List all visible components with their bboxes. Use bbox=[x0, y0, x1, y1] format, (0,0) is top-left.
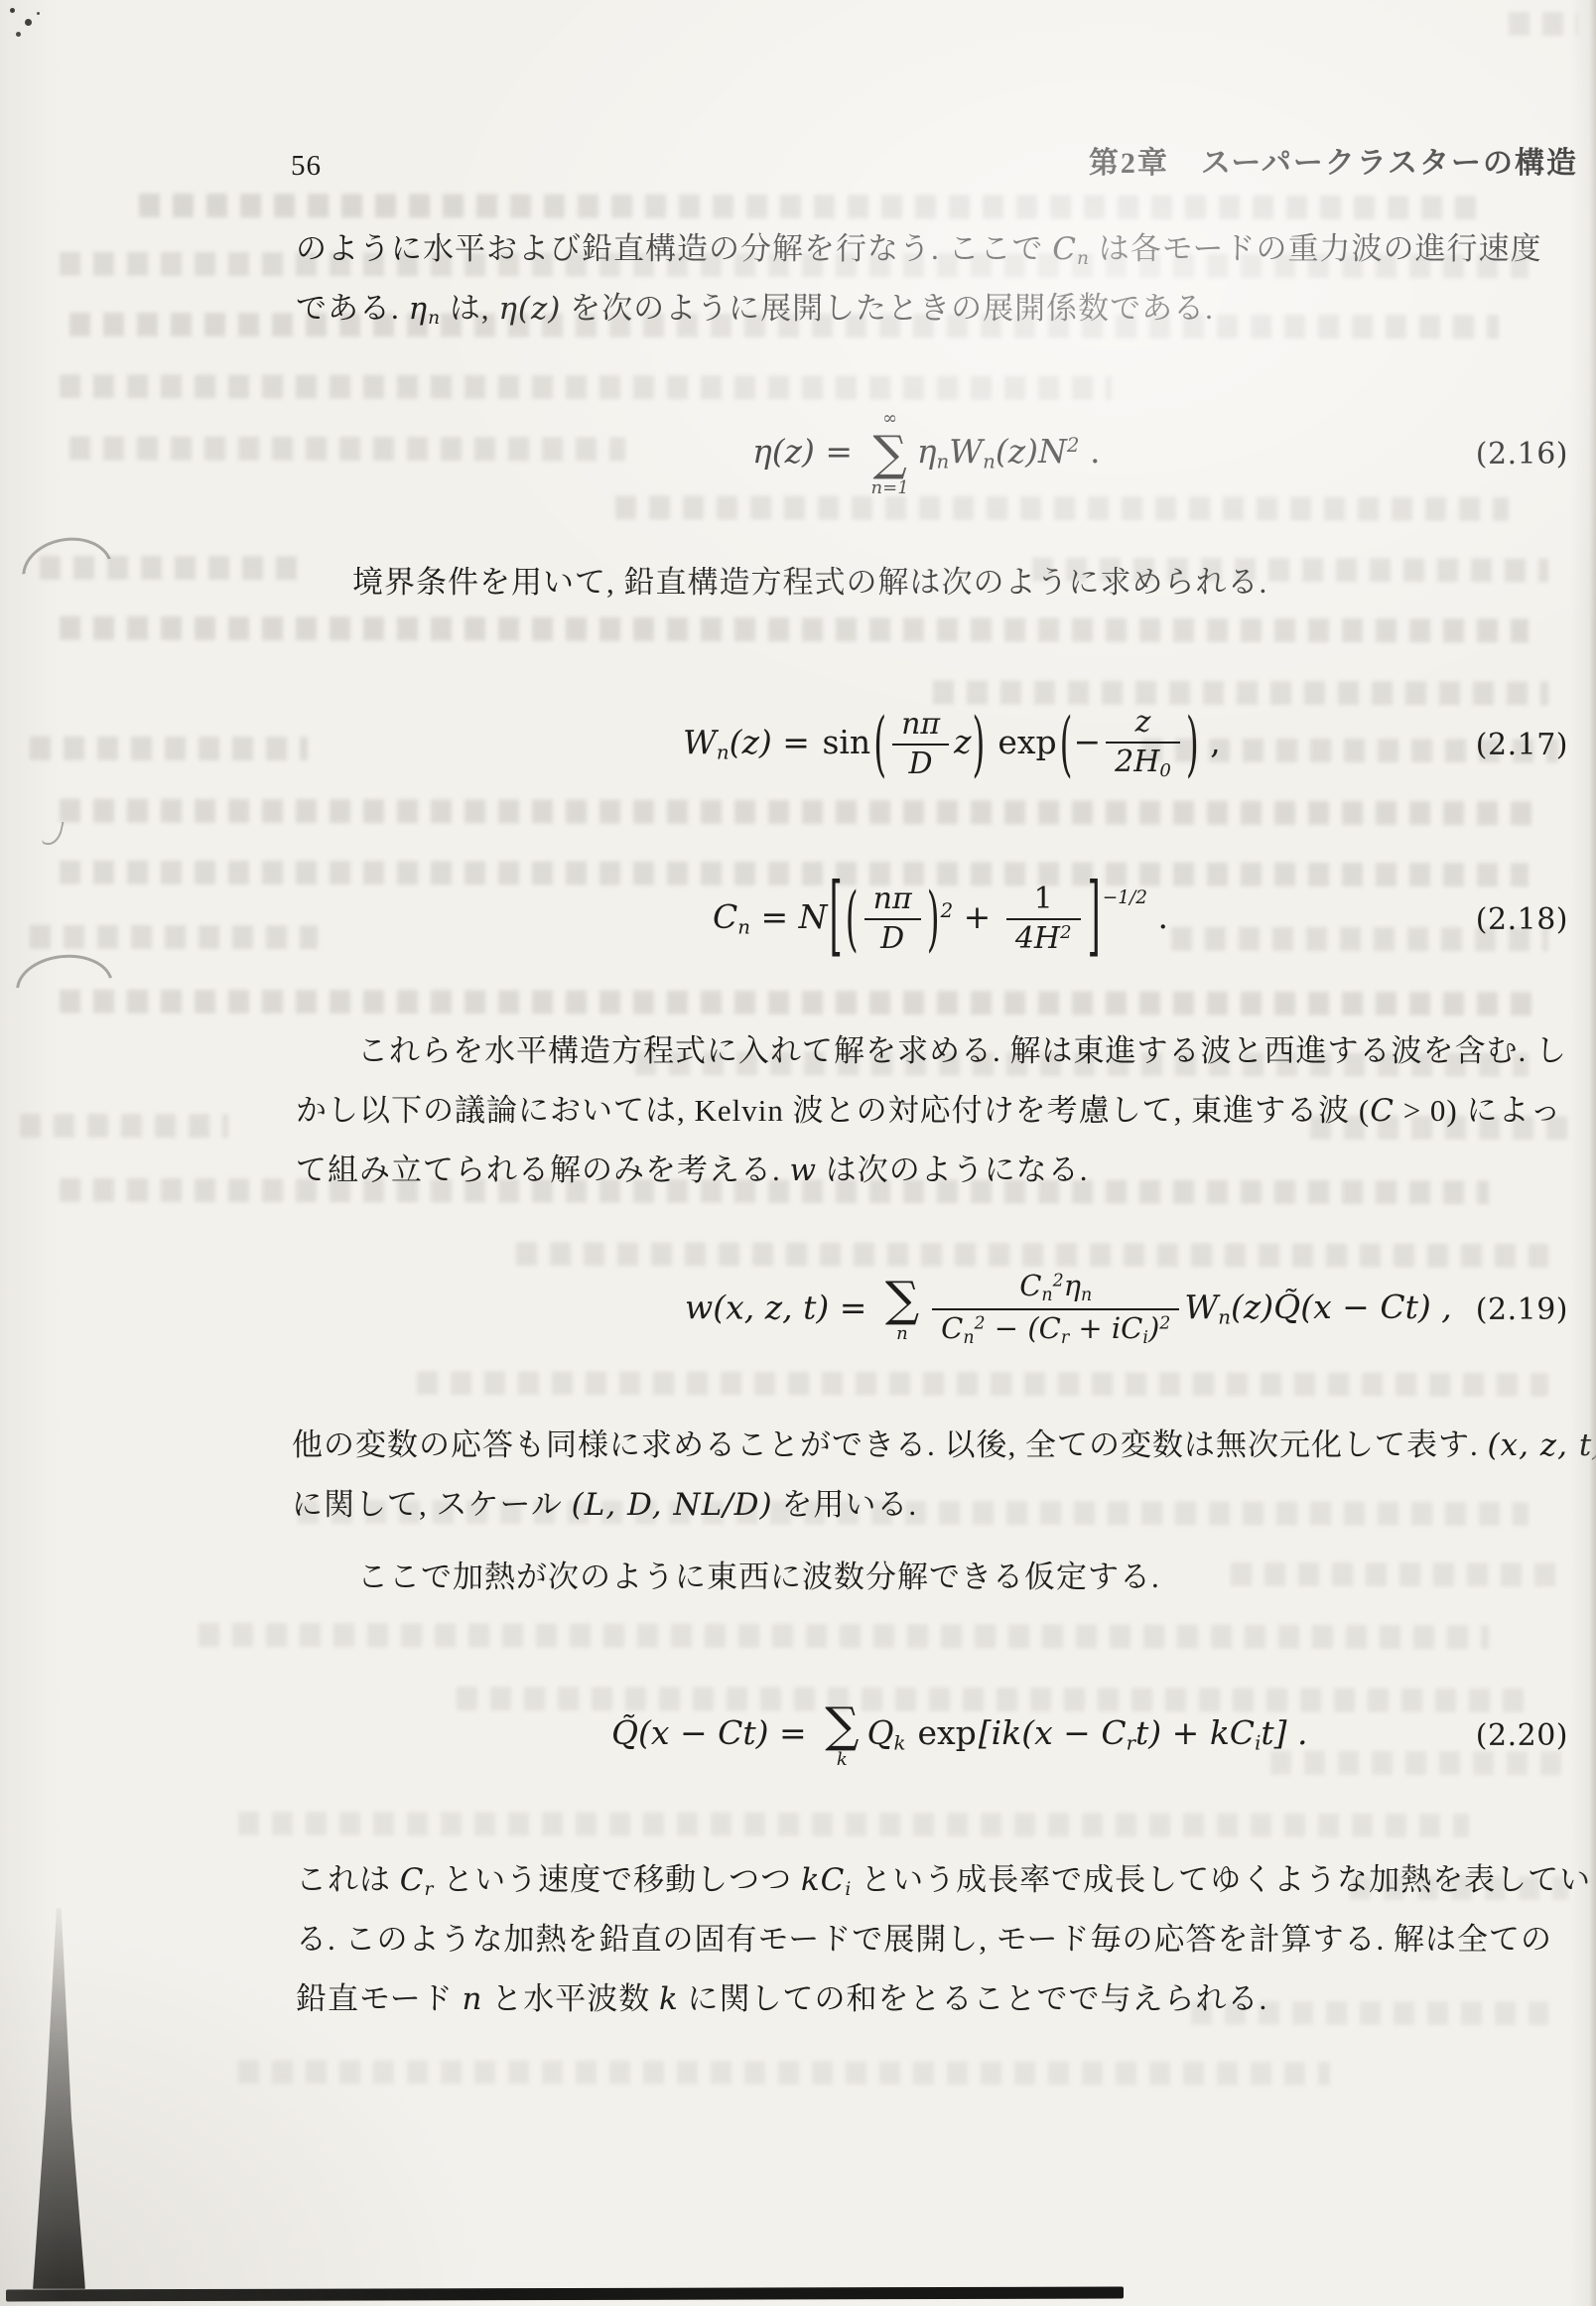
chapter-header: 第2章 スーパークラスターの構造 bbox=[1089, 145, 1578, 183]
math-token: w(x, z, t) = bbox=[685, 1288, 877, 1326]
paragraph-line: これは Cr という速度で移動しつつ kCi という成長率で成長してゆくような加… bbox=[296, 1861, 1591, 1909]
math-token: [ik(x − C bbox=[979, 1713, 1127, 1752]
margin-arc-mark bbox=[17, 531, 118, 613]
right-paren: ) bbox=[927, 882, 940, 953]
math-superscript: 2 bbox=[1067, 434, 1080, 457]
equation-2-17: Wn(z) = sin(nπDz)exp(−z2H0) , bbox=[683, 708, 1221, 780]
math-token: C bbox=[713, 897, 737, 936]
summation-symbol: ∑k bbox=[825, 1700, 859, 1770]
equation-2-16: η(z) = ∞∑n=1ηnWn(z)N2 . bbox=[752, 409, 1100, 498]
page-number: 56 bbox=[291, 147, 322, 185]
fraction-numerator: Cn2ηn bbox=[932, 1272, 1179, 1308]
math-subscript: r bbox=[1127, 1732, 1135, 1755]
equation-row-2-17: Wn(z) = sin(nπDz)exp(−z2H0) , (2.17) bbox=[0, 683, 1596, 806]
scanned-paper-page: { "colors": { "paper": "#f3f1ec", "ink":… bbox=[0, 0, 1596, 2306]
left-paren: ( bbox=[846, 882, 859, 953]
fraction: nπD bbox=[892, 710, 949, 779]
paragraph-line: かし以下の議論においては, Kelvin 波との対応付けを考慮して, 東進する波… bbox=[296, 1092, 1562, 1130]
fraction-numerator: nπ bbox=[892, 710, 949, 744]
text-run: は, bbox=[441, 291, 498, 326]
math-token: Q bbox=[866, 1713, 893, 1752]
text-run: を用いる. bbox=[773, 1487, 918, 1522]
fraction-numerator: 1 bbox=[1006, 884, 1081, 918]
equation-row-2-20: Q̃(x − Ct) = ∑kQkexp[ik(x − Crt) + kCit]… bbox=[0, 1668, 1596, 1803]
math-subscript: n bbox=[1081, 1286, 1092, 1305]
math-token: C bbox=[1052, 231, 1077, 267]
plus-sign: + bbox=[953, 897, 1001, 936]
math-token: C bbox=[1019, 1269, 1041, 1302]
bleedthrough-line bbox=[199, 1623, 1489, 1649]
paragraph-line: て組み立てられる解のみを考える. w は次のようになる. bbox=[296, 1152, 1089, 1189]
fraction: nπD bbox=[864, 884, 921, 954]
math-subscript: n bbox=[963, 1328, 974, 1348]
equation-2-19: w(x, z, t) = ∑nCn2ηnCn2 − (Cr + iCi)2Wn(… bbox=[685, 1272, 1452, 1348]
math-token: W bbox=[683, 723, 717, 761]
math-token: W bbox=[949, 432, 983, 471]
math-token: C bbox=[941, 1311, 963, 1345]
math-token: C bbox=[1370, 1093, 1395, 1129]
left-paren: ( bbox=[873, 708, 886, 778]
bleedthrough-line bbox=[238, 2060, 1330, 2086]
text-run: は次のようになる. bbox=[817, 1153, 1089, 1187]
right-paren: ) bbox=[1186, 708, 1199, 778]
math-token: ) bbox=[1148, 1311, 1159, 1345]
text-run: に関しての和をとることでで与えられる. bbox=[679, 1981, 1268, 2016]
fraction-denominator: Cn2 − (Cr + iCi)2 bbox=[932, 1308, 1179, 1347]
sigma-icon: ∑ bbox=[825, 1700, 859, 1750]
math-token: 4H bbox=[1015, 921, 1060, 956]
paragraph-line: 他の変数の応答も同様に求めることができる. 以後, 全ての変数は無次元化して表す… bbox=[292, 1426, 1596, 1464]
minus-sign: − bbox=[1074, 723, 1102, 761]
math-subscript: n bbox=[983, 451, 996, 474]
math-token: k bbox=[659, 1981, 679, 2017]
math-token: W bbox=[1184, 1288, 1218, 1326]
equation-label-2-19: (2.19) bbox=[1476, 1292, 1568, 1327]
bleedthrough-line bbox=[60, 990, 1538, 1017]
text-run: > 0) によっ bbox=[1395, 1093, 1562, 1128]
left-paren: ( bbox=[1060, 708, 1073, 778]
math-superscript: 2 bbox=[941, 899, 954, 922]
equation-row-2-16: η(z) = ∞∑n=1ηnWn(z)N2 . (2.16) bbox=[0, 389, 1596, 518]
bleedthrough-line bbox=[1509, 12, 1578, 36]
math-subscript: n bbox=[737, 916, 750, 939]
math-subscript: n bbox=[1218, 1306, 1231, 1329]
bleedthrough-line bbox=[1231, 1562, 1568, 1587]
equation-2-18: Cn = N[(nπD)2 + 14H2]−1/2 . bbox=[713, 884, 1168, 954]
math-token: η(z) = bbox=[752, 432, 864, 471]
text-run: は各モードの重力波の進行速度 bbox=[1090, 231, 1542, 266]
text-run: これは bbox=[296, 1862, 400, 1897]
math-subscript: n bbox=[1041, 1286, 1052, 1305]
math-token: (x, z, t) bbox=[1488, 1427, 1596, 1463]
fraction-denominator: D bbox=[892, 744, 949, 779]
text-run: という成長率で成長してゆくような加熱を表してい bbox=[852, 1862, 1591, 1897]
text-run: 鉛直モード bbox=[296, 1981, 463, 2016]
math-superscript: 2 bbox=[1060, 922, 1071, 943]
equation-row-2-19: w(x, z, t) = ∑nCn2ηnCn2 − (Cr + iCi)2Wn(… bbox=[0, 1235, 1596, 1384]
fraction-denominator: 4H2 bbox=[1006, 918, 1081, 954]
scan-streak-artifact bbox=[32, 1908, 85, 2289]
equation-label-2-20: (2.20) bbox=[1476, 1718, 1568, 1753]
math-token: . bbox=[1147, 897, 1168, 936]
math-superscript: −1/2 bbox=[1103, 887, 1147, 908]
fraction-numerator: nπ bbox=[864, 884, 921, 918]
math-token: 2H bbox=[1115, 745, 1159, 779]
sigma-icon: ∑ bbox=[885, 1275, 919, 1324]
math-token: . bbox=[1080, 432, 1101, 471]
text-run: のように水平および鉛直構造の分解を行なう. ここで bbox=[296, 231, 1052, 266]
equation-2-20: Q̃(x − Ct) = ∑kQkexp[ik(x − Crt) + kCit]… bbox=[611, 1700, 1308, 1770]
fraction-numerator: z bbox=[1106, 708, 1180, 742]
bleedthrough-line bbox=[238, 1812, 1469, 1837]
bleedthrough-line bbox=[60, 616, 1529, 643]
text-run: 他の変数の応答も同様に求めることができる. 以後, 全ての変数は無次元化して表す… bbox=[292, 1427, 1488, 1462]
paragraph-line: ここで加熱が次のように東西に波数分解できる仮定する. bbox=[357, 1559, 1160, 1596]
fraction: z2H0 bbox=[1106, 708, 1180, 780]
sum-lower-limit: n bbox=[896, 1324, 908, 1344]
left-bracket: [ bbox=[830, 873, 843, 960]
scan-edge-shadow bbox=[1589, 0, 1596, 2306]
math-token: = N bbox=[750, 897, 828, 936]
math-token: η bbox=[917, 432, 937, 471]
equation-label-2-17: (2.17) bbox=[1476, 728, 1568, 762]
text-run: という速度で移動しつつ bbox=[434, 1862, 801, 1897]
paragraph-line: これらを水平構造方程式に入れて解を求める. 解は東進する波と西進する波を含む. … bbox=[357, 1032, 1567, 1070]
math-token: η bbox=[409, 291, 429, 327]
equation-label-2-16: (2.16) bbox=[1476, 437, 1568, 472]
equation-row-2-18: Cn = N[(nπD)2 + 14H2]−1/2 . (2.18) bbox=[0, 850, 1596, 989]
text-run: である. bbox=[296, 291, 409, 326]
math-token: n bbox=[463, 1981, 483, 2017]
math-token: t) + kC bbox=[1135, 1713, 1255, 1752]
text-run: て組み立てられる解のみを考える. bbox=[296, 1153, 790, 1187]
bleedthrough-line bbox=[139, 194, 1479, 219]
math-superscript: 2 bbox=[1159, 1313, 1170, 1333]
math-token: t] . bbox=[1261, 1713, 1307, 1752]
paragraph-line: 鉛直モード n と水平波数 k に関しての和をとることでで与えられる. bbox=[296, 1980, 1267, 2018]
exp-function: exp bbox=[997, 723, 1056, 761]
math-token: w bbox=[790, 1153, 818, 1188]
paragraph-line: る. このような加熱を鉛直の固有モードで展開し, モード毎の応答を計算する. 解… bbox=[296, 1921, 1552, 1959]
sum-lower-limit: n=1 bbox=[871, 478, 909, 498]
math-subscript: 0 bbox=[1159, 761, 1170, 782]
math-superscript: 2 bbox=[1053, 1271, 1064, 1290]
text-run: を次のように展開したときの展開係数である. bbox=[561, 291, 1214, 326]
math-token: − (C bbox=[986, 1311, 1061, 1345]
math-subscript: n bbox=[717, 742, 730, 764]
math-token: Q̃(x − Ct) = bbox=[611, 1713, 817, 1752]
math-subscript: n bbox=[428, 308, 441, 329]
corner-speck-marks bbox=[10, 8, 15, 13]
fraction-denominator: 2H0 bbox=[1106, 742, 1180, 780]
text-run: と水平波数 bbox=[482, 1981, 659, 2016]
sin-function: sin bbox=[822, 723, 870, 761]
scan-bottom-bar bbox=[6, 2287, 1124, 2302]
math-token: (z)Q̃(x − Ct) , bbox=[1231, 1288, 1452, 1326]
fraction: Cn2ηnCn2 − (Cr + iCi)2 bbox=[932, 1272, 1179, 1348]
sigma-icon: ∑ bbox=[872, 429, 906, 478]
sum-lower-limit: k bbox=[837, 1750, 848, 1770]
paragraph-line: 境界条件を用いて, 鉛直構造方程式の解は次のように求められる. bbox=[352, 564, 1267, 602]
math-token: η bbox=[1064, 1269, 1081, 1302]
math-subscript: r bbox=[424, 1879, 434, 1900]
exp-function: exp bbox=[918, 1713, 977, 1752]
right-paren: ) bbox=[973, 708, 986, 778]
math-token: η(z) bbox=[498, 291, 561, 327]
math-token: C bbox=[400, 1862, 425, 1898]
fraction-denominator: D bbox=[864, 918, 921, 954]
fraction: 14H2 bbox=[1006, 884, 1081, 954]
math-token: , bbox=[1200, 723, 1221, 761]
math-subscript: k bbox=[894, 1732, 906, 1755]
paragraph-line: である. ηn は, η(z) を次のように展開したときの展開係数である. bbox=[296, 290, 1214, 338]
math-token: (z)N bbox=[996, 432, 1067, 471]
math-subscript: r bbox=[1061, 1328, 1069, 1348]
summation-symbol: ∑n bbox=[885, 1275, 919, 1344]
math-token: kC bbox=[801, 1862, 846, 1898]
paragraph-line: のように水平および鉛直構造の分解を行なう. ここで Cn は各モードの重力波の進… bbox=[296, 230, 1541, 278]
right-bracket: ] bbox=[1088, 873, 1101, 960]
paragraph-line: に関して, スケール (L, D, NL/D) を用いる. bbox=[292, 1486, 917, 1524]
math-superscript: 2 bbox=[975, 1313, 986, 1333]
math-token: + iC bbox=[1069, 1311, 1142, 1345]
math-subscript: n bbox=[1077, 248, 1090, 269]
text-run: に関して, スケール bbox=[292, 1487, 572, 1522]
text-run: かし以下の議論においては, Kelvin 波との対応付けを考慮して, 東進する波… bbox=[296, 1093, 1370, 1128]
pencil-mark bbox=[41, 818, 64, 847]
equation-label-2-18: (2.18) bbox=[1476, 902, 1568, 937]
math-token: (z) = bbox=[730, 723, 821, 761]
bleedthrough-line bbox=[20, 1114, 228, 1138]
math-token: z bbox=[954, 723, 971, 761]
summation-symbol: ∞∑n=1 bbox=[871, 409, 909, 498]
math-subscript: n bbox=[936, 451, 949, 474]
math-token: (L, D, NL/D) bbox=[572, 1487, 773, 1523]
